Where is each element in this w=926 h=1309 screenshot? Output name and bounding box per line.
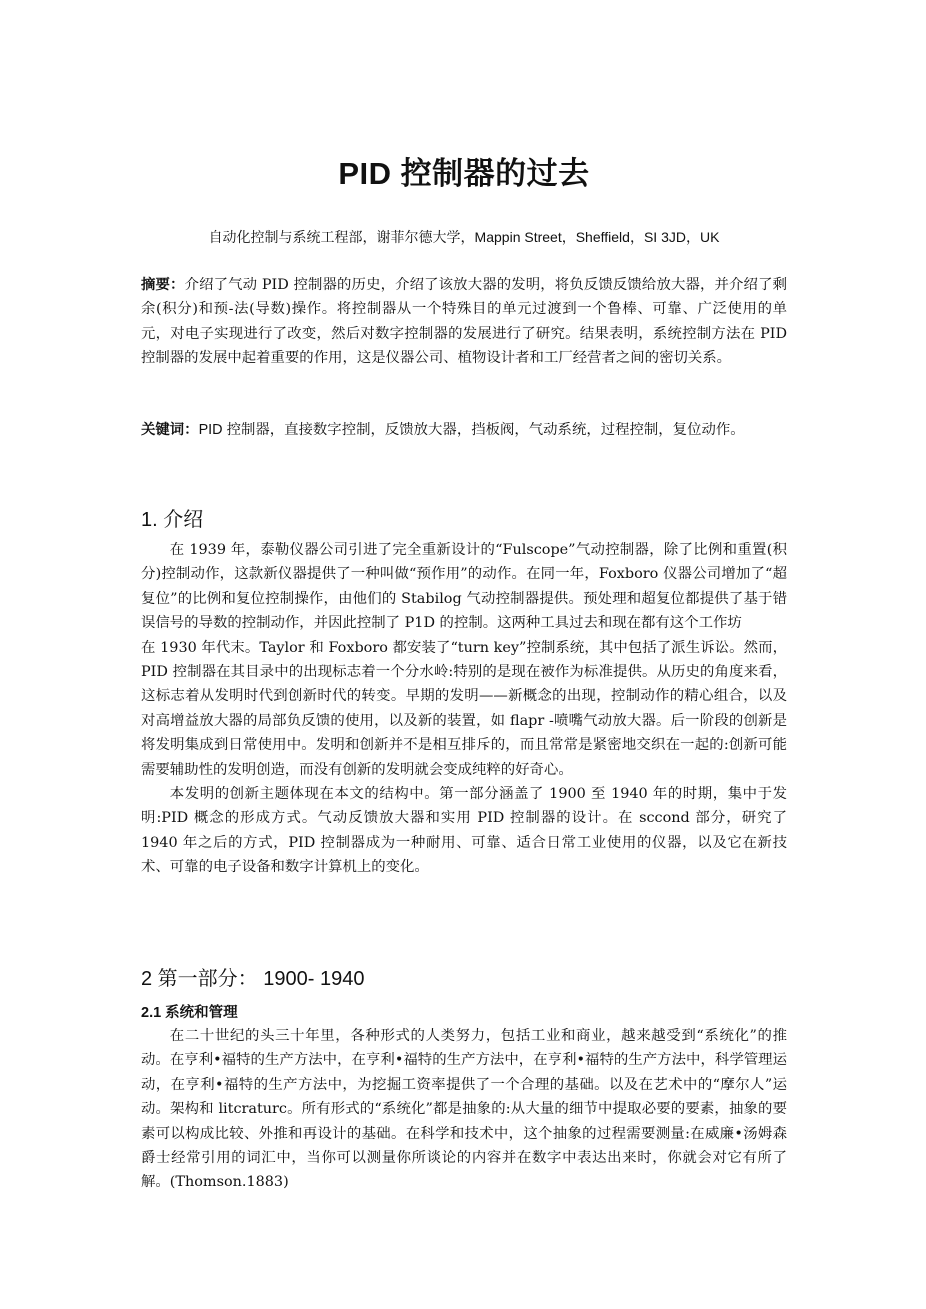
abstract-block: 摘要：介绍了气动 PID 控制器的历史，介绍了该放大器的发明，将负反馈反馈给放大…	[141, 273, 787, 371]
section-heading-part-one: 2 第一部分： 1900- 1940	[141, 962, 364, 991]
section-heading-introduction: 1. 介绍	[141, 503, 203, 532]
subsection-heading-systems-management: 2.1 系统和管理	[141, 1001, 238, 1022]
body-paragraph: 在 1939 年，泰勒仪器公司引进了完全重新设计的“Fulscope”气动控制器…	[141, 538, 787, 636]
author-affiliation: 自动化控制与系统工程部，谢菲尔德大学，Mappin Street，Sheffie…	[141, 227, 787, 247]
body-paragraph: 在 1930 年代末。Taylor 和 Foxboro 都安装了“turn ke…	[141, 636, 787, 782]
document-title: PID 控制器的过去	[141, 148, 787, 193]
keywords-paragraph: 关键词：PID 控制器，直接数字控制，反馈放大器，挡板阀，气动系统，过程控制，复…	[141, 418, 787, 442]
abstract-label: 摘要：	[141, 277, 185, 293]
keywords-block: 关键词：PID 控制器，直接数字控制，反馈放大器，挡板阀，气动系统，过程控制，复…	[141, 418, 787, 442]
keywords-label: 关键词：	[141, 422, 199, 438]
abstract-paragraph: 摘要：介绍了气动 PID 控制器的历史，介绍了该放大器的发明，将负反馈反馈给放大…	[141, 273, 787, 371]
section-introduction-body: 在 1939 年，泰勒仪器公司引进了完全重新设计的“Fulscope”气动控制器…	[141, 538, 787, 880]
abstract-text: 介绍了气动 PID 控制器的历史，介绍了该放大器的发明，将负反馈反馈给放大器，并…	[141, 277, 787, 366]
body-paragraph: 在二十世纪的头三十年里，各种形式的人类努力，包括工业和商业，越来越受到“系统化”…	[141, 1024, 787, 1195]
subsection-systems-management-body: 在二十世纪的头三十年里，各种形式的人类努力，包括工业和商业，越来越受到“系统化”…	[141, 1024, 787, 1195]
body-paragraph: 本发明的创新主题体现在本文的结构中。第一部分涵盖了 1900 至 1940 年的…	[141, 782, 787, 880]
keywords-text: PID 控制器，直接数字控制，反馈放大器，挡板阀，气动系统，过程控制，复位动作。	[199, 422, 745, 438]
